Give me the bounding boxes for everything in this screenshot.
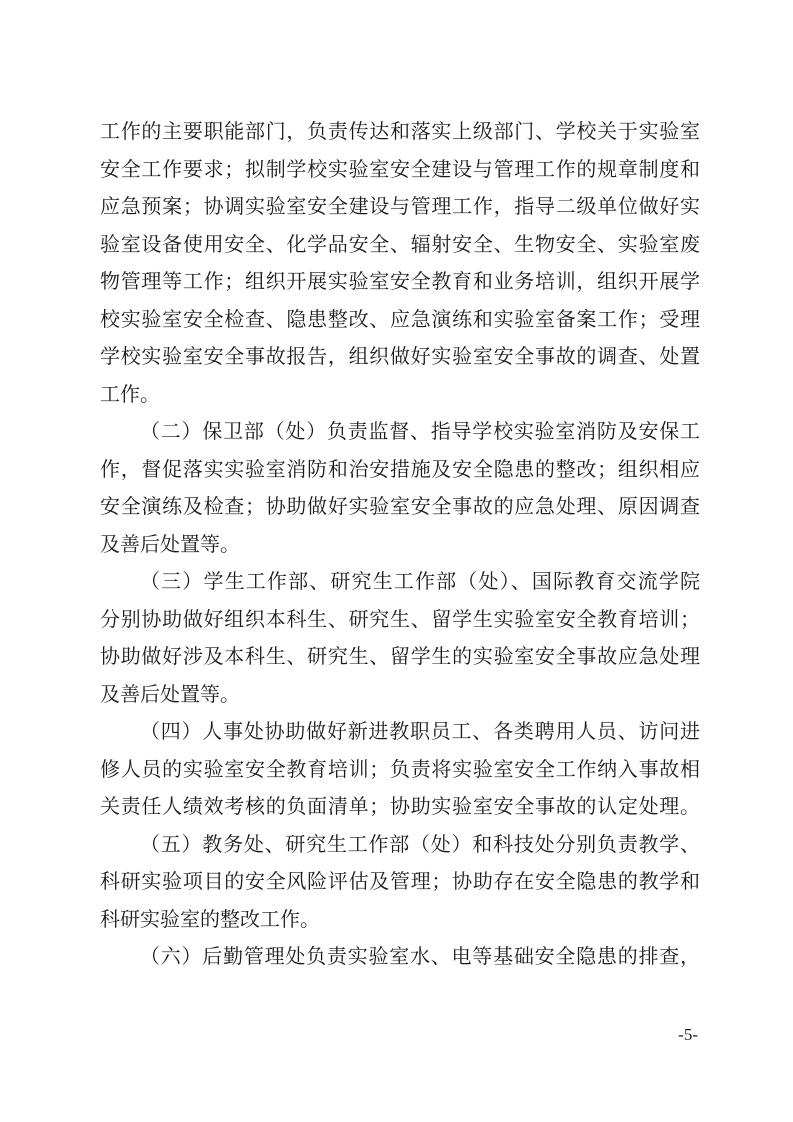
text-line: 分别协助做好组织本科生、研究生、留学生实验室安全教育培训； xyxy=(100,602,700,640)
text-line: 应急预案；协调实验室安全建设与管理工作，指导二级单位做好实 xyxy=(100,189,700,227)
text-line: 及善后处置等。 xyxy=(100,677,700,715)
text-line: （三）学生工作部、研究生工作部（处）、国际教育交流学院 xyxy=(100,564,700,602)
text-line: 校实验室安全检查、隐患整改、应急演练和实验室备案工作；受理 xyxy=(100,302,700,340)
text-line: 协助做好涉及本科生、研究生、留学生的实验室安全事故应急处理 xyxy=(100,639,700,677)
text-line: 工作的主要职能部门，负责传达和落实上级部门、学校关于实验室 xyxy=(100,114,700,152)
text-line: 修人员的实验室安全教育培训；负责将实验室安全工作纳入事故相 xyxy=(100,752,700,790)
text-line: 工作。 xyxy=(100,377,700,415)
text-line: 科研实验项目的安全风险评估及管理；协助存在安全隐患的教学和 xyxy=(100,864,700,902)
text-line: （六）后勤管理处负责实验室水、电等基础安全隐患的排查， xyxy=(100,939,700,977)
document-page: 工作的主要职能部门，负责传达和落实上级部门、学校关于实验室安全工作要求；拟制学校… xyxy=(0,0,793,1122)
text-line: 作，督促落实实验室消防和治安措施及安全隐患的整改；组织相应 xyxy=(100,452,700,490)
text-line: 安全工作要求；拟制学校实验室安全建设与管理工作的规章制度和 xyxy=(100,152,700,190)
text-line: 验室设备使用安全、化学品安全、辐射安全、生物安全、实验室废 xyxy=(100,227,700,265)
text-line: 物管理等工作；组织开展实验室安全教育和业务培训，组织开展学 xyxy=(100,264,700,302)
text-line: 关责任人绩效考核的负面清单；协助实验室安全事故的认定处理。 xyxy=(100,789,700,827)
text-line: 及善后处置等。 xyxy=(100,527,700,565)
page-number: -5- xyxy=(678,1024,698,1046)
text-line: 安全演练及检查；协助做好实验室安全事故的应急处理、原因调查 xyxy=(100,489,700,527)
document-body: 工作的主要职能部门，负责传达和落实上级部门、学校关于实验室安全工作要求；拟制学校… xyxy=(100,114,700,977)
text-line: 学校实验室安全事故报告，组织做好实验室安全事故的调查、处置 xyxy=(100,339,700,377)
text-line: （四）人事处协助做好新进教职员工、各类聘用人员、访问进 xyxy=(100,714,700,752)
text-line: 科研实验室的整改工作。 xyxy=(100,902,700,940)
text-line: （二）保卫部（处）负责监督、指导学校实验室消防及安保工 xyxy=(100,414,700,452)
text-line: （五）教务处、研究生工作部（处）和科技处分别负责教学、 xyxy=(100,827,700,865)
